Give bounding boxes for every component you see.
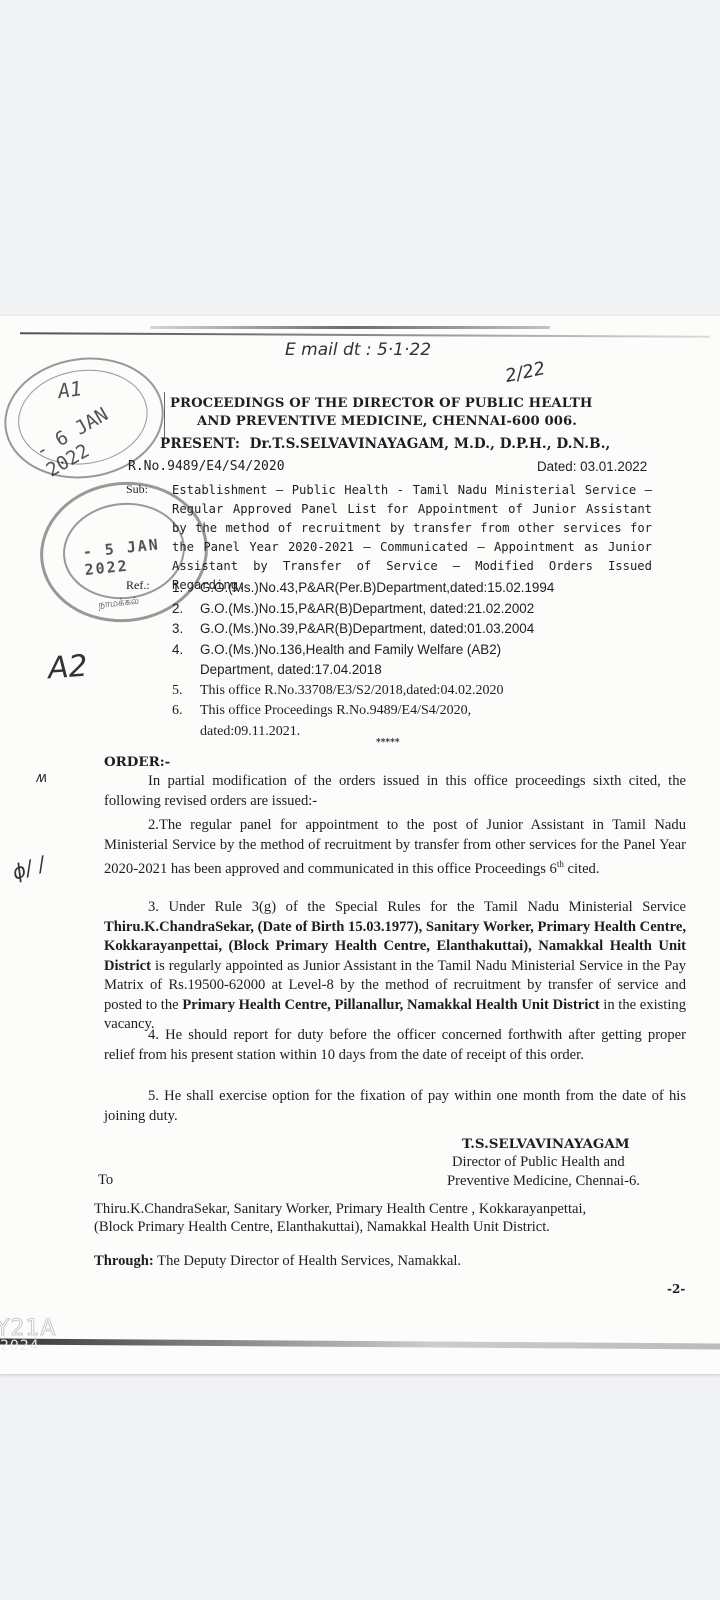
header-line1: PROCEEDINGS OF THE DIRECTOR OF PUBLIC HE… [170,396,592,411]
through-line: Through: The Deputy Director of Health S… [94,1253,461,1270]
reference-item: 1.G.O.(Ms.)No.43,P&AR(Per.B)Department,d… [172,578,642,599]
handwritten-tick: ʍ [36,770,47,786]
signatory-title-2: Preventive Medicine, Chennai-6. [447,1173,640,1190]
paper-edge-line [0,1338,720,1349]
handwritten-initial: ϕ/ / [9,851,48,884]
order-para-5: 5. He shall exercise option for the fixa… [104,1087,686,1126]
signatory-name: T.S.SELVAVINAYAGAM [462,1136,630,1152]
order-para-4: 4. He should report for duty before the … [104,1026,686,1065]
reference-item-cont: dated:09.11.2021. [172,722,642,743]
recipient-address: Thiru.K.ChandraSekar, Sanitary Worker, P… [94,1200,594,1236]
paper-edge-line [150,326,550,329]
device-watermark-date: 2024 [0,1338,40,1354]
stamp-bottom-text: நாமக்கல் [98,596,140,612]
reference-dated: Dated: 03.01.2022 [537,459,647,474]
paper-edge-line [20,332,710,338]
reference-item: 5.This office R.No.33708/E3/S2/2018,date… [172,681,642,702]
page-marker: -2- [667,1282,685,1296]
reference-number: R.No.9489/E4/S4/2020 [128,459,285,474]
references-list: 1.G.O.(Ms.)No.43,P&AR(Per.B)Department,d… [172,578,642,742]
order-heading: ORDER:- [104,754,170,770]
order-para-1: In partial modification of the orders is… [104,772,686,811]
separator: ***** [376,738,400,748]
present-line: PRESENT: Dr.T.S.SELVAVINAYAGAM, M.D., D.… [160,436,610,452]
reference-item-cont: Department, dated:17.04.2018 [172,660,642,681]
present-name: Dr.T.S.SELVAVINAYAGAM, M.D., D.P.H., D.N… [250,436,611,452]
subject-label: Sub: [126,482,148,497]
handwritten-file-note: 2/22 [503,358,547,387]
reference-item: 4.G.O.(Ms.)No.136,Health and Family Welf… [172,640,642,661]
reference-item: 3.G.O.(Ms.)No.39,P&AR(B)Department, date… [172,619,642,640]
reference-item: 6.This office Proceedings R.No.9489/E4/S… [172,701,642,722]
header-rule [164,392,165,440]
order-para-3: 3. Under Rule 3(g) of the Special Rules … [104,898,686,1035]
reference-item: 2.G.O.(Ms.)No.15,P&AR(B)Department, date… [172,599,642,620]
to-label: To [98,1172,113,1189]
handwritten-a2: A2 [47,649,89,687]
handwritten-email-note: E mail dt : 5·1·22 [285,340,431,360]
refs-label: Ref.: [126,578,150,593]
present-label: PRESENT: [160,436,240,452]
header-line2: AND PREVENTIVE MEDICINE, CHENNAI-600 006… [197,414,577,429]
stamp-top-text: A1 [56,376,83,403]
document-photo: E mail dt : 5·1·22 2/22 A1 - 6 JAN 2022 … [0,316,720,1374]
order-para-2: 2.The regular panel for appointment to t… [104,816,686,879]
signatory-title-1: Director of Public Health and [452,1154,625,1171]
